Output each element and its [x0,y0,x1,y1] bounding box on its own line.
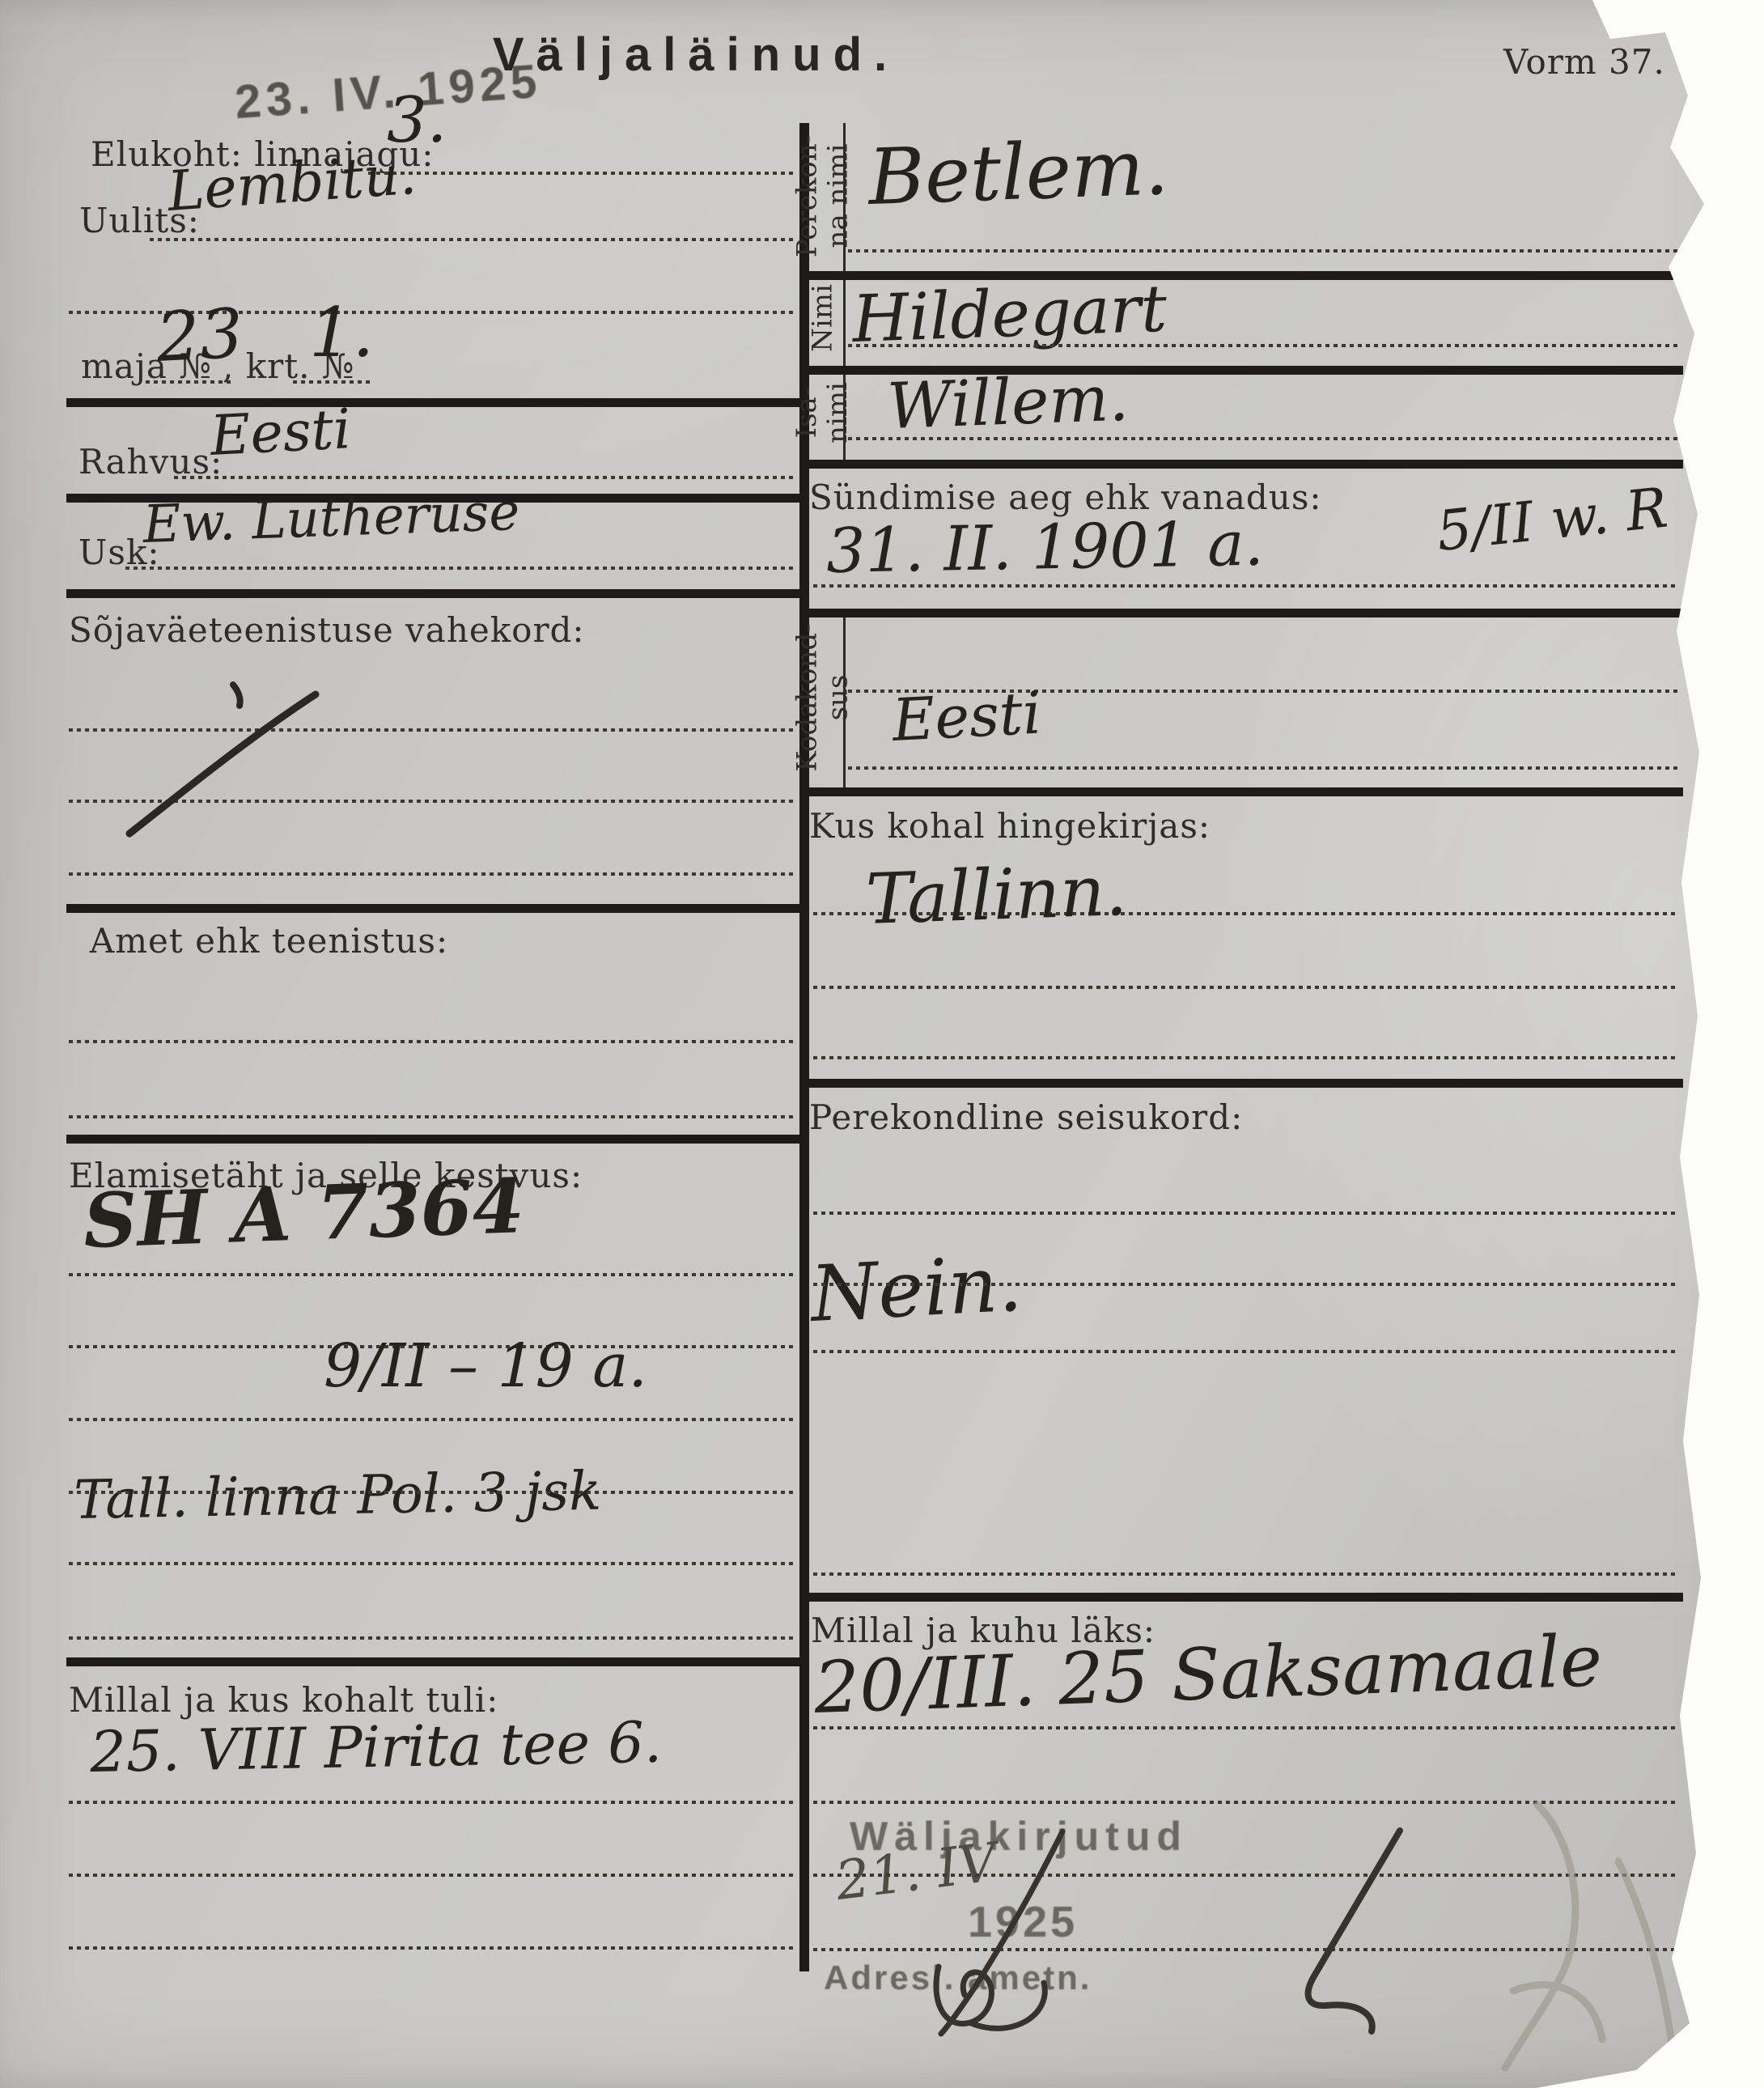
strikethrough-mark [129,694,316,834]
strikethrough-tick [233,685,240,706]
handwriting-strokes [0,0,1764,2088]
official-signature-flourish [1308,1831,1400,2031]
scanned-document: 23. IV. 1925 Väljaläinud. Vorm 37. Eluko… [0,0,1764,2088]
pencil-signature [1505,1805,1675,2068]
official-signature [936,1831,1062,2034]
paper-sheet: 23. IV. 1925 Väljaläinud. Vorm 37. Eluko… [0,0,1764,2088]
